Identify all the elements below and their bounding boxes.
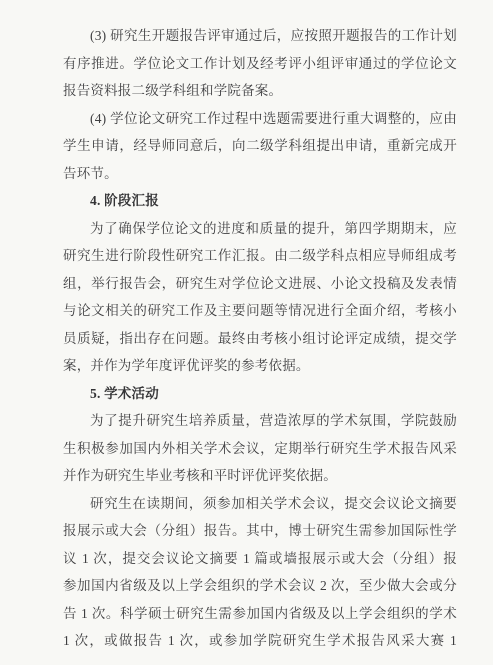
document-line: 议 1 次，提交会议论文摘要 1 篇或墙报展示或大会（分组）报告；或: [63, 545, 457, 573]
document-line: 生积极参加国内外相关学术会议，定期举行研究生学术报告风采大赛，: [63, 435, 457, 463]
document-line: 员质疑，指出存在问题。最终由考核小组讨论评定成绩，提交学院备: [63, 325, 457, 353]
section-heading: 4. 阶段汇报: [63, 187, 457, 215]
document-line: 参加国内省级及以上学会组织的学术会议 2 次，至少做大会或分组报: [63, 572, 457, 600]
document-line: (3) 研究生开题报告评审通过后，应按照开题报告的工作计划: [63, 22, 457, 50]
document-line: 为了提升研究生培养质量，营造浓厚的学术氛围，学院鼓励研究: [63, 407, 457, 435]
document-line: 1 次，或做报告 1 次，或参加学院研究生学术报告风采大赛 1 次。鼓: [63, 627, 457, 655]
document-page: (3) 研究生开题报告评审通过后，应按照开题报告的工作计划有序推进。学位论文工作…: [0, 0, 493, 665]
document-text-block: (3) 研究生开题报告评审通过后，应按照开题报告的工作计划有序推进。学位论文工作…: [63, 22, 457, 655]
section-heading: 5. 学术活动: [63, 380, 457, 408]
document-line: 报展示或大会（分组）报告。其中，博士研究生需参加国际性学术会: [63, 517, 457, 545]
document-line: 告 1 次。科学硕士研究生需参加国内省级及以上学会组织的学术会议: [63, 600, 457, 628]
document-line: 与论文相关的研究工作及主要问题等情况进行全面介绍，考核小组成: [63, 297, 457, 325]
document-line: 并作为研究生毕业考核和平时评优评奖依据。: [63, 462, 457, 490]
document-line: 报告资料报二级学科组和学院备案。: [63, 77, 457, 105]
document-line: 学生申请，经导师同意后，向二级学科组提出申请，重新完成开题报: [63, 132, 457, 160]
document-line: 研究生进行阶段性研究工作汇报。由二级学科点相应导师组成考核小: [63, 242, 457, 270]
document-line: 有序推进。学位论文工作计划及经考评小组评审通过的学位论文选题: [63, 50, 457, 78]
document-line: 告环节。: [63, 160, 457, 188]
document-line: (4) 学位论文研究工作过程中选题需要进行重大调整的，应由: [63, 105, 457, 133]
document-line: 组，举行报告会，研究生对学位论文进展、小论文投稿及发表情况、: [63, 270, 457, 298]
document-line: 案，并作为学年度评优评奖的参考依据。: [63, 352, 457, 380]
document-line: 为了确保学位论文的进度和质量的提升，第四学期期末，应组织: [63, 215, 457, 243]
document-line: 研究生在读期间，须参加相关学术会议，提交会议论文摘要或墙: [63, 490, 457, 518]
